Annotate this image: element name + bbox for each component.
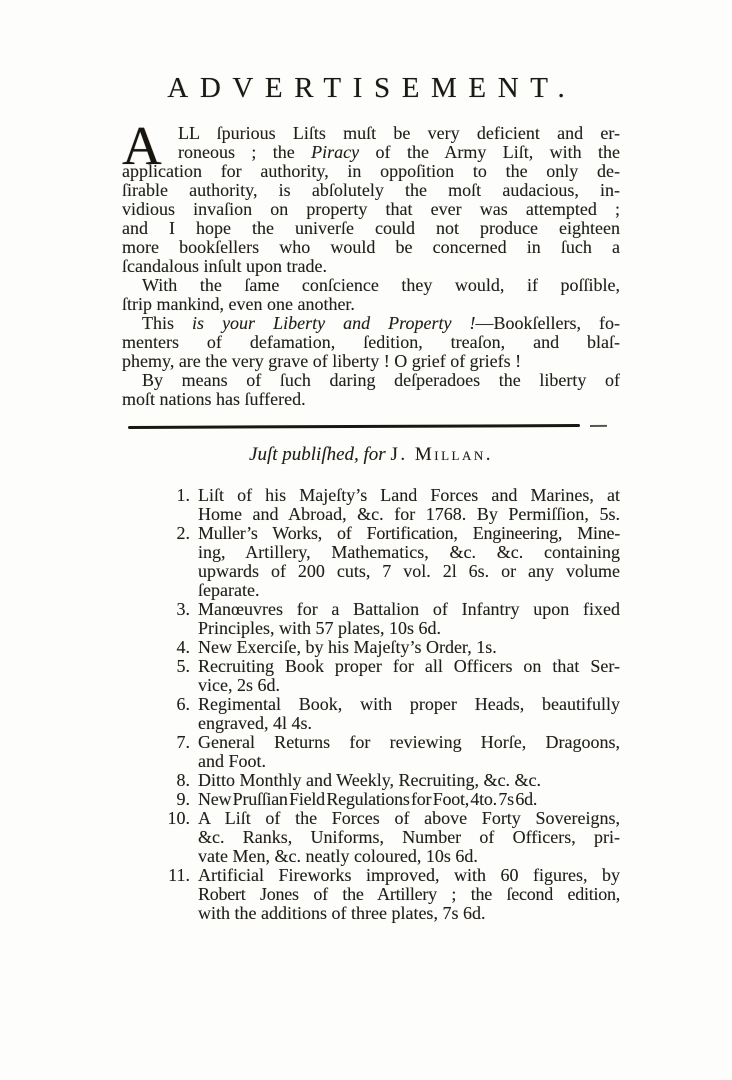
list-item: 2.Muller’s Works, of Fortification, Engi…	[122, 524, 622, 600]
text-segment: upwards of 200 cuts, 7 vol. 2l 6s. or an…	[198, 561, 620, 581]
text-segment: Liſt of his Majeſty’s Land Forces and Ma…	[198, 485, 620, 505]
item-number: 8.	[122, 771, 198, 789]
text-line: This is your Liberty and Property !—Book…	[122, 314, 620, 333]
text-segment: Recruiting Book proper for all Officers …	[198, 656, 620, 676]
text-line: Manœuvres for a Battalion of Infantry up…	[198, 600, 620, 619]
text-line: and Foot.	[198, 752, 620, 771]
list-item: 3.Manœuvres for a Battalion of Infantry …	[122, 600, 622, 638]
text-segment: engraved, 4l 4s.	[198, 713, 312, 733]
text-line: ſcandalous inſult upon trade.	[122, 257, 620, 276]
text-segment: Muller’s Works, of Fortification, Engine…	[198, 523, 620, 543]
text-segment: moſt nations has ſuffered.	[122, 389, 306, 409]
text-segment: vate Men, &c. neatly coloured, 10s 6d.	[198, 846, 478, 866]
text-line: New Pruſſian Field Regulations for Foot,…	[198, 790, 620, 809]
text-segment: ſtrip mankind, even one another.	[122, 294, 355, 314]
text-line: General Returns for reviewing Horſe, Dra…	[198, 733, 620, 752]
text-line: By means of ſuch daring deſperadoes the …	[122, 371, 620, 390]
item-number: 10.	[122, 809, 198, 827]
section-divider	[128, 424, 580, 429]
text-line: engraved, 4l 4s.	[198, 714, 620, 733]
text-line: phemy, are the very grave of liberty ! O…	[122, 352, 620, 371]
item-number: 11.	[122, 866, 198, 884]
paragraph: With the ſame conſcience they would, if …	[122, 276, 620, 314]
publisher-heading: Juſt publiſhed, for J. Millan.	[122, 443, 620, 467]
item-text: Manœuvres for a Battalion of Infantry up…	[198, 600, 620, 638]
item-number: 1.	[122, 486, 198, 504]
text-line: LL ſpurious Liſts muſt be very deficient…	[122, 124, 620, 143]
advertisement-body: ALL ſpurious Liſts muſt be very deficien…	[122, 124, 620, 409]
list-item: 7.General Returns for reviewing Horſe, D…	[122, 733, 622, 771]
text-segment: General Returns for reviewing Horſe, Dra…	[198, 732, 620, 752]
text-segment: and I hope the univerſe could not produc…	[122, 218, 620, 238]
text-line: vice, 2s 6d.	[198, 676, 620, 695]
text-segment: with the additions of three plates, 7s 6…	[198, 903, 485, 923]
list-item: 4.New Exerciſe, by his Majeſty’s Order, …	[122, 638, 622, 657]
text-segment: A Liſt of the Forces of above Forty Sove…	[198, 808, 620, 828]
item-number: 2.	[122, 524, 198, 542]
text-line: ſeparate.	[198, 581, 620, 600]
text-line: Home and Abroad, &c. for 1768. By Permiſ…	[198, 505, 620, 524]
italic-text: Piracy	[311, 142, 359, 162]
list-item: 5.Recruiting Book proper for all Officer…	[122, 657, 622, 695]
text-segment: Manœuvres for a Battalion of Infantry up…	[198, 599, 620, 619]
paragraph: ALL ſpurious Liſts muſt be very deficien…	[122, 124, 620, 276]
item-number: 7.	[122, 733, 198, 751]
text-segment: Principles, with 57 plates, 10s 6d.	[198, 618, 441, 638]
page-title: ADVERTISEMENT.	[0, 72, 732, 105]
text-segment: Artificial Fireworks improved, with 60 f…	[198, 865, 620, 885]
item-text: Liſt of his Majeſty’s Land Forces and Ma…	[198, 486, 620, 524]
text-line: vate Men, &c. neatly coloured, 10s 6d.	[198, 847, 620, 866]
text-line: Juſt publiſhed, for J. Millan.	[122, 443, 620, 467]
text-line: Artificial Fireworks improved, with 60 f…	[198, 866, 620, 885]
text-line: upwards of 200 cuts, 7 vol. 2l 6s. or an…	[198, 562, 620, 581]
text-segment: phemy, are the very grave of liberty ! O…	[122, 351, 521, 371]
item-number: 4.	[122, 638, 198, 656]
text-line: more bookſellers who would be concerned …	[122, 238, 620, 257]
item-text: Muller’s Works, of Fortification, Engine…	[198, 524, 620, 600]
text-segment: By means of ſuch daring deſperadoes the …	[142, 370, 620, 390]
item-number: 5.	[122, 657, 198, 675]
item-text: Recruiting Book proper for all Officers …	[198, 657, 620, 695]
text-segment: more bookſellers who would be concerned …	[122, 237, 620, 257]
text-segment: New Pruſſian Field Regulations for Foot,…	[198, 789, 537, 809]
text-line: A Liſt of the Forces of above Forty Sove…	[198, 809, 620, 828]
paragraph: By means of ſuch daring deſperadoes the …	[122, 371, 620, 409]
text-line: Robert Jones of the Artillery ; the ſeco…	[198, 885, 620, 904]
list-item: 6.Regimental Book, with proper Heads, be…	[122, 695, 622, 733]
text-segment: of the Army Liſt, with the	[359, 142, 620, 162]
list-item: 9.New Pruſſian Field Regulations for Foo…	[122, 790, 622, 809]
text-line: Principles, with 57 plates, 10s 6d.	[198, 619, 620, 638]
text-line: Liſt of his Majeſty’s Land Forces and Ma…	[198, 486, 620, 505]
text-segment: ſcandalous inſult upon trade.	[122, 256, 327, 276]
text-line: moſt nations has ſuffered.	[122, 390, 620, 409]
italic-text: is your Liberty and Property !	[192, 313, 475, 333]
item-text: A Liſt of the Forces of above Forty Sove…	[198, 809, 620, 866]
text-segment: ſeparate.	[198, 580, 259, 600]
item-number: 3.	[122, 600, 198, 618]
item-text: New Exerciſe, by his Majeſty’s Order, 1s…	[198, 638, 620, 657]
paragraph: This is your Liberty and Property !—Book…	[122, 314, 620, 371]
list-item: 11.Artificial Fireworks improved, with 6…	[122, 866, 622, 923]
text-segment: Regimental Book, with proper Heads, beau…	[198, 694, 620, 714]
text-segment: ſirable authority, is abſolutely the moſ…	[122, 180, 620, 200]
text-line: &c. Ranks, Uniforms, Number of Officers,…	[198, 828, 620, 847]
text-line: With the ſame conſcience they would, if …	[122, 276, 620, 295]
item-text: General Returns for reviewing Horſe, Dra…	[198, 733, 620, 771]
italic-text: Juſt publiſhed, for	[249, 444, 390, 465]
text-segment: Robert Jones of the Artillery ; the ſeco…	[198, 884, 620, 904]
text-segment: vice, 2s 6d.	[198, 675, 280, 695]
item-text: Regimental Book, with proper Heads, beau…	[198, 695, 620, 733]
text-segment: vidious invaſion on property that ever w…	[122, 199, 620, 219]
text-segment: menters of defamation, ſedition, treaſon…	[122, 332, 620, 352]
item-number: 9.	[122, 790, 198, 808]
text-line: vidious invaſion on property that ever w…	[122, 200, 620, 219]
text-line: Regimental Book, with proper Heads, beau…	[198, 695, 620, 714]
text-segment: &c. Ranks, Uniforms, Number of Officers,…	[198, 827, 620, 847]
text-segment: application for authority, in oppoſition…	[122, 161, 620, 181]
item-text: Ditto Monthly and Weekly, Recruiting, &c…	[198, 771, 620, 790]
text-line: ſtrip mankind, even one another.	[122, 295, 620, 314]
text-line: with the additions of three plates, 7s 6…	[198, 904, 620, 923]
text-line: Muller’s Works, of Fortification, Engine…	[198, 524, 620, 543]
text-segment: This	[142, 313, 192, 333]
text-segment: LL ſpurious Liſts muſt be very deficient…	[178, 123, 620, 143]
text-line: ing, Artillery, Mathematics, &c. &c. con…	[198, 543, 620, 562]
text-line: and I hope the univerſe could not produc…	[122, 219, 620, 238]
item-text: New Pruſſian Field Regulations for Foot,…	[198, 790, 620, 809]
list-item: 8.Ditto Monthly and Weekly, Recruiting, …	[122, 771, 622, 790]
text-segment: ing, Artillery, Mathematics, &c. &c. con…	[198, 542, 620, 562]
text-line: application for authority, in oppoſition…	[122, 162, 620, 181]
text-segment: Ditto Monthly and Weekly, Recruiting, &c…	[198, 770, 541, 790]
text-segment: Home and Abroad, &c. for 1768. By Permiſ…	[198, 504, 620, 524]
text-segment: and Foot.	[198, 751, 266, 771]
text-line: ſirable authority, is abſolutely the moſ…	[122, 181, 620, 200]
text-segment: With the ſame conſcience they would, if …	[142, 275, 620, 295]
list-item: 10.A Liſt of the Forces of above Forty S…	[122, 809, 622, 866]
book-page: ADVERTISEMENT. ALL ſpurious Liſts muſt b…	[0, 0, 732, 1080]
item-text: Artificial Fireworks improved, with 60 f…	[198, 866, 620, 923]
smallcaps-text: J. Millan.	[390, 444, 493, 465]
text-line: Recruiting Book proper for all Officers …	[198, 657, 620, 676]
text-line: menters of defamation, ſedition, treaſon…	[122, 333, 620, 352]
text-line: New Exerciſe, by his Majeſty’s Order, 1s…	[198, 638, 620, 657]
book-list: 1.Liſt of his Majeſty’s Land Forces and …	[122, 486, 622, 923]
text-line: roneous ; the Piracy of the Army Liſt, w…	[122, 143, 620, 162]
list-item: 1.Liſt of his Majeſty’s Land Forces and …	[122, 486, 622, 524]
drop-cap: A	[122, 124, 178, 161]
text-segment: roneous ; the	[178, 142, 311, 162]
text-segment: —Bookſellers, fo-	[475, 313, 620, 333]
text-line: Ditto Monthly and Weekly, Recruiting, &c…	[198, 771, 620, 790]
item-number: 6.	[122, 695, 198, 713]
text-segment: New Exerciſe, by his Majeſty’s Order, 1s…	[198, 637, 497, 657]
